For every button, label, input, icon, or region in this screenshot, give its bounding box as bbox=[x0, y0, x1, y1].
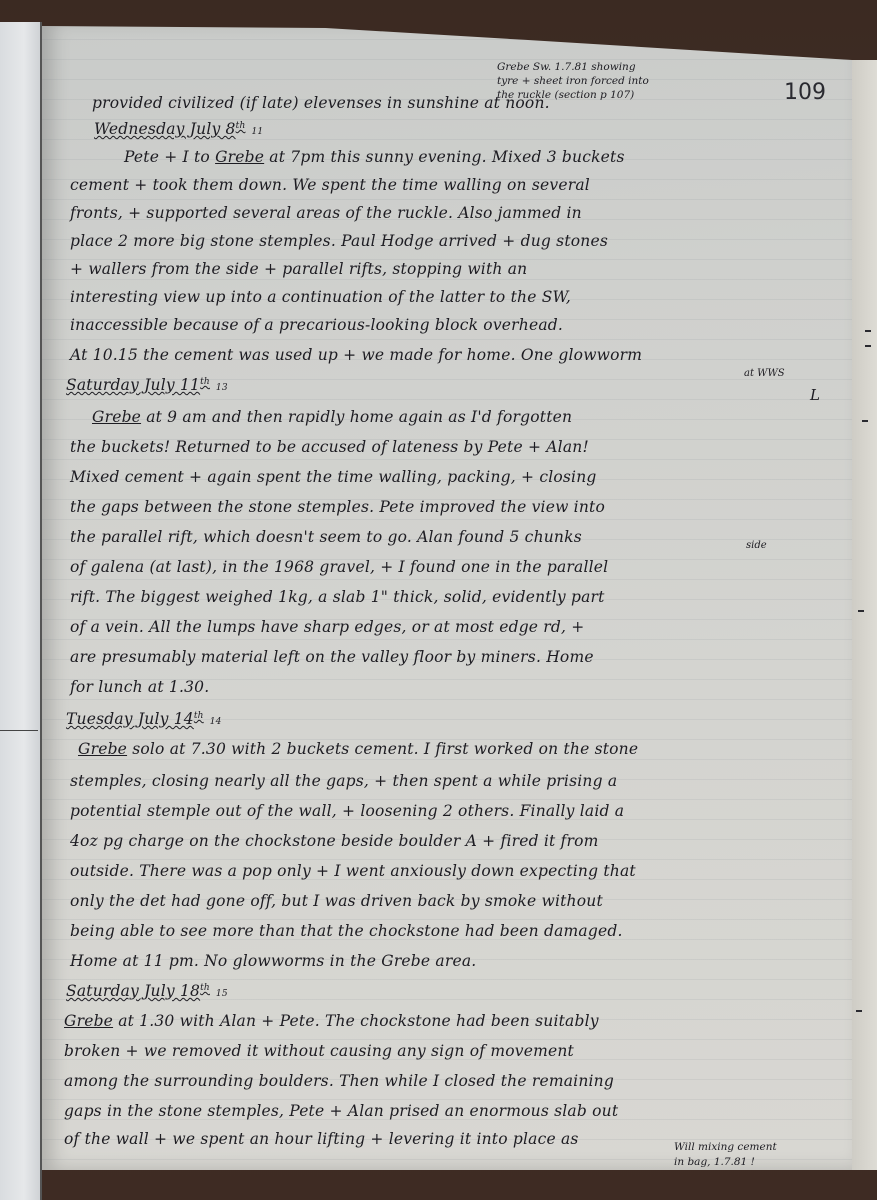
heading-date: Saturday July 18 bbox=[66, 982, 200, 1000]
facing-page-mark bbox=[862, 420, 868, 422]
text-line-6: place 2 more big stone stemples. Paul Ho… bbox=[70, 232, 608, 250]
text-line-7: + wallers from the side + parallel rifts… bbox=[70, 260, 527, 278]
text-line-24: stemples, closing nearly all the gaps, +… bbox=[70, 772, 617, 790]
entry-number: 11 bbox=[251, 127, 263, 137]
text-line-29: being able to see more than that the cho… bbox=[70, 922, 623, 940]
text-line-9: inaccessible because of a precarious-loo… bbox=[70, 316, 563, 334]
text-line-33: broken + we removed it without causing a… bbox=[64, 1042, 574, 1060]
text-line-36: of the wall + we spent an hour lifting +… bbox=[64, 1130, 579, 1148]
insertion-side: side bbox=[746, 540, 767, 551]
text-line-25: potential stemple out of the wall, + loo… bbox=[70, 802, 624, 820]
insertion-mark: L bbox=[810, 386, 820, 404]
left-page-rule bbox=[0, 730, 38, 731]
notebook-page: Grebe Sw. 1.7.81 showing tyre + sheet ir… bbox=[42, 20, 852, 1170]
facing-page-mark bbox=[856, 1010, 862, 1012]
page-number: 109 bbox=[784, 80, 826, 105]
place-name-grebe: Grebe bbox=[78, 740, 127, 758]
text-line-1: provided civilized (if late) elevenses i… bbox=[92, 94, 550, 112]
heading-date: Wednesday July 8 bbox=[94, 120, 236, 138]
text-line-20: are presumably material left on the vall… bbox=[70, 648, 594, 666]
heading-suffix: th bbox=[236, 121, 246, 131]
text-line-18: rift. The biggest weighed 1kg, a slab 1"… bbox=[70, 588, 605, 606]
text-line-21: for lunch at 1.30. bbox=[70, 678, 209, 696]
text-line-27: outside. There was a pop only + I went a… bbox=[70, 862, 636, 880]
place-name-grebe: Grebe bbox=[64, 1012, 113, 1030]
text-line-26: 4oz pg charge on the chockstone beside b… bbox=[70, 832, 599, 850]
entry-heading-july-11: Saturday July 11th13 bbox=[66, 376, 228, 394]
text-segment: at 7pm this sunny evening. Mixed 3 bucke… bbox=[264, 148, 624, 166]
top-note-line-1: Grebe Sw. 1.7.81 showing bbox=[497, 60, 757, 74]
insertion-at-wws: at WWS bbox=[744, 368, 785, 379]
heading-date: Saturday July 11 bbox=[66, 376, 200, 394]
entry-number: 15 bbox=[216, 989, 228, 999]
text-line-14: Mixed cement + again spent the time wall… bbox=[70, 468, 597, 486]
text-segment: Pete + I to bbox=[124, 148, 215, 166]
heading-date: Tuesday July 14 bbox=[66, 710, 194, 728]
bottom-margin-note: Will mixing cement in bag, 1.7.81 ! bbox=[674, 1140, 777, 1170]
text-line-23: Grebe solo at 7.30 with 2 buckets cement… bbox=[78, 740, 638, 758]
text-line-10: At 10.15 the cement was used up + we mad… bbox=[70, 346, 642, 364]
text-line-5: fronts, + supported several areas of the… bbox=[70, 204, 582, 222]
place-name-grebe: Grebe bbox=[215, 148, 264, 166]
text-line-17: of galena (at last), in the 1968 gravel,… bbox=[70, 558, 608, 576]
entry-heading-july-14: Tuesday July 14th14 bbox=[66, 710, 222, 728]
facing-page-mark bbox=[865, 345, 871, 347]
heading-suffix: th bbox=[200, 983, 210, 993]
place-name-grebe: Grebe bbox=[92, 408, 141, 426]
text-line-13: the buckets! Returned to be accused of l… bbox=[70, 438, 589, 456]
text-line-15: the gaps between the stone stemples. Pet… bbox=[70, 498, 605, 516]
text-segment: solo at 7.30 with 2 buckets cement. I fi… bbox=[127, 740, 638, 758]
heading-suffix: th bbox=[200, 377, 210, 387]
facing-page-mark bbox=[858, 610, 864, 612]
text-line-34: among the surrounding boulders. Then whi… bbox=[64, 1072, 614, 1090]
entry-number: 13 bbox=[216, 383, 228, 393]
bottom-note-line-2: in bag, 1.7.81 ! bbox=[674, 1155, 777, 1170]
entry-number: 14 bbox=[210, 717, 222, 727]
entry-heading-july-18: Saturday July 18th15 bbox=[66, 982, 228, 1000]
top-note-line-2: tyre + sheet iron forced into bbox=[497, 74, 757, 88]
heading-suffix: th bbox=[194, 711, 204, 721]
text-line-32: Grebe at 1.30 with Alan + Pete. The choc… bbox=[64, 1012, 599, 1030]
facing-page-mark bbox=[865, 330, 871, 332]
text-line-3: Pete + I to Grebe at 7pm this sunny even… bbox=[124, 148, 625, 166]
bottom-note-line-1: Will mixing cement bbox=[674, 1140, 777, 1155]
entry-heading-july-8: Wednesday July 8th11 bbox=[94, 120, 263, 138]
text-segment: at 1.30 with Alan + Pete. The chockstone… bbox=[113, 1012, 599, 1030]
text-line-4: cement + took them down. We spent the ti… bbox=[70, 176, 590, 194]
text-line-35: gaps in the stone stemples, Pete + Alan … bbox=[64, 1102, 618, 1120]
text-line-8: interesting view up into a continuation … bbox=[70, 288, 571, 306]
left-page-edge bbox=[0, 22, 42, 1200]
text-line-19: of a vein. All the lumps have sharp edge… bbox=[70, 618, 584, 636]
text-line-30: Home at 11 pm. No glowworms in the Grebe… bbox=[70, 952, 476, 970]
text-line-28: only the det had gone off, but I was dri… bbox=[70, 892, 603, 910]
text-line-16: the parallel rift, which doesn't seem to… bbox=[70, 528, 582, 546]
text-segment: at 9 am and then rapidly home again as I… bbox=[141, 408, 572, 426]
text-line-12: Grebe at 9 am and then rapidly home agai… bbox=[92, 408, 572, 426]
